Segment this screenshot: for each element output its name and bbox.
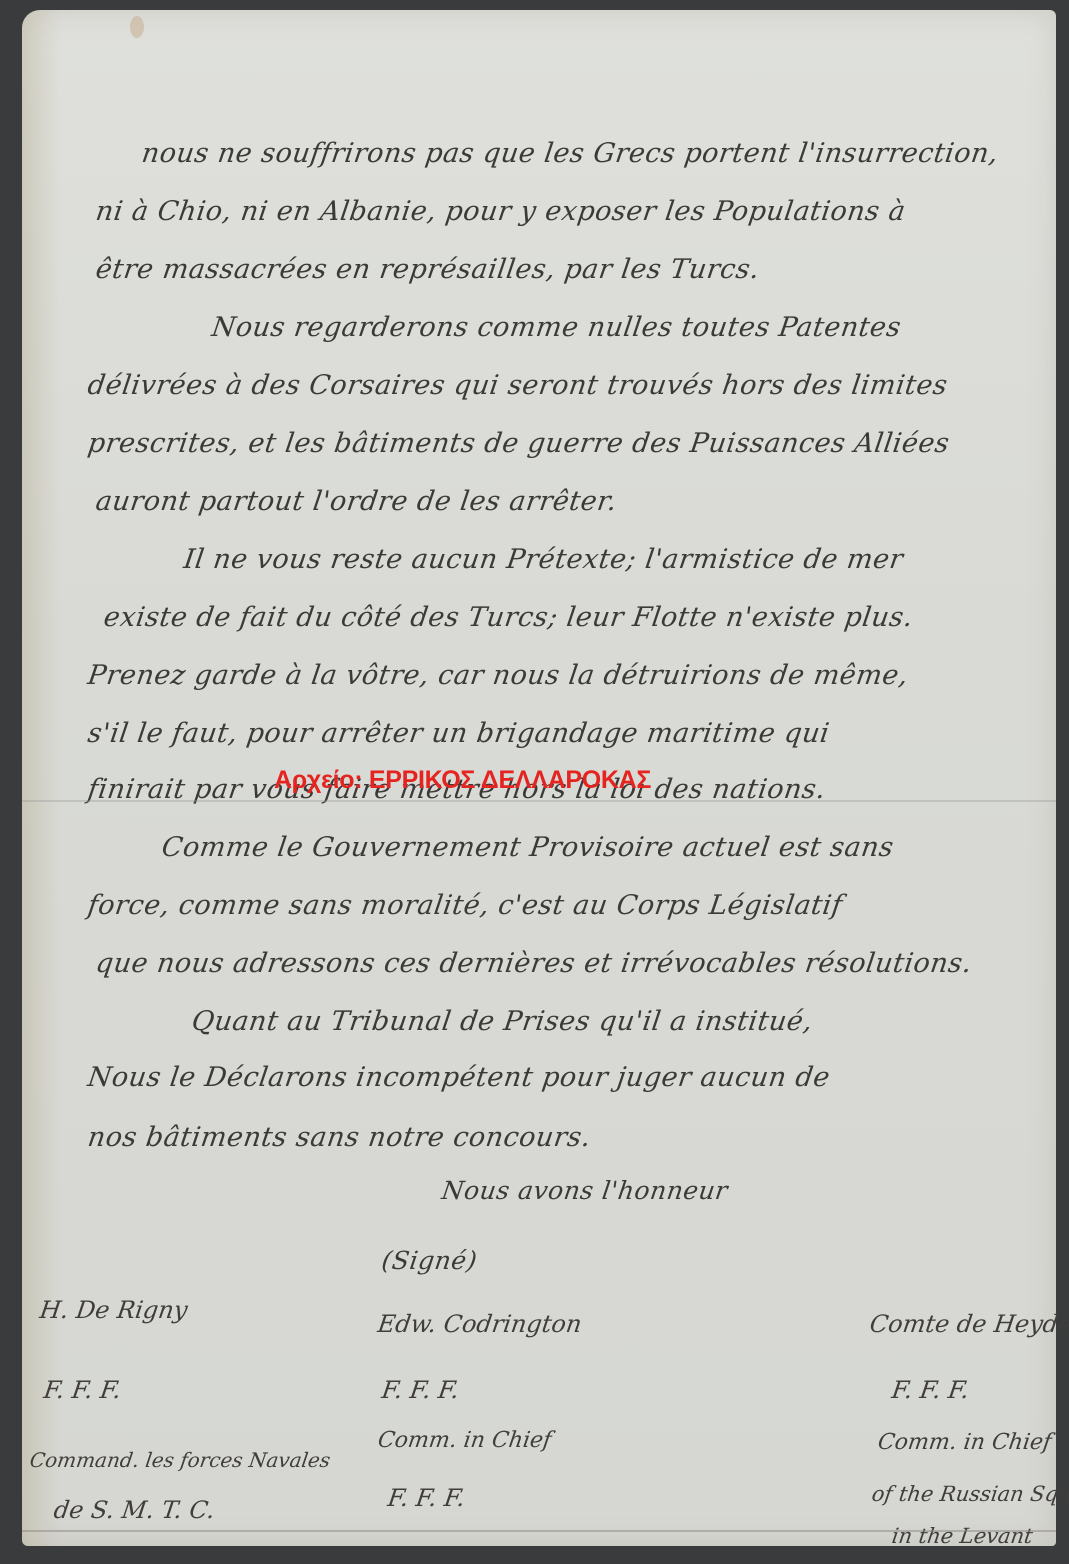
- signature-title: Comm. in Chief: [876, 1430, 1053, 1455]
- signature-title: of the Russian Squadron: [870, 1482, 1069, 1506]
- paper-stain: [130, 16, 144, 38]
- body-line: force, comme sans moralité, c'est au Cor…: [86, 890, 845, 921]
- body-line: Il ne vous reste aucun Prétexte; l'armis…: [182, 544, 905, 575]
- signature-title: Comm. in Chief: [376, 1428, 553, 1453]
- signature-title: F. F. F.: [386, 1484, 467, 1512]
- body-line: existe de fait du côté des Turcs; leur F…: [102, 602, 915, 633]
- signature-initials: F. F. F.: [890, 1376, 971, 1404]
- signature-initials: F. F. F.: [42, 1376, 123, 1404]
- signed-label: (Signé): [380, 1246, 479, 1275]
- body-line: que nous adressons ces dernières et irré…: [94, 948, 974, 979]
- signature-title: in the Levant: [890, 1524, 1034, 1548]
- body-line: Quant au Tribunal de Prises qu'il a inst…: [190, 1006, 815, 1037]
- body-line: nos bâtiments sans notre concours.: [86, 1122, 593, 1153]
- body-line: Nous le Déclarons incompétent pour juger…: [86, 1062, 832, 1093]
- body-line: Comme le Gouvernement Provisoire actuel …: [160, 832, 896, 863]
- archive-watermark: Αρχείο: ΕΡΡΙΚΟΣ ΔΕΛΛΑΡΟΚΑΣ: [274, 766, 651, 795]
- closing-line: Nous avons l'honneur: [440, 1176, 730, 1205]
- paper-fold-line: [22, 1530, 1056, 1532]
- body-line: être massacrées en représailles, par les…: [94, 254, 762, 285]
- body-line: Prenez garde à la vôtre, car nous la dét…: [86, 660, 910, 691]
- signature-title: de S. M. T. C.: [52, 1496, 217, 1524]
- signature-name: Comte de Heyden: [868, 1310, 1069, 1338]
- body-line: s'il le faut, pour arrêter un brigandage…: [86, 718, 832, 749]
- body-line: auront partout l'ordre de les arrêter.: [94, 486, 619, 517]
- signature-name: H. De Rigny: [38, 1296, 189, 1324]
- body-line: nous ne souffrirons pas que les Grecs po…: [140, 138, 1000, 169]
- body-line: Nous regarderons comme nulles toutes Pat…: [210, 312, 903, 343]
- body-line: prescrites, et les bâtiments de guerre d…: [86, 428, 952, 459]
- signature-initials: F. F. F.: [380, 1376, 461, 1404]
- signature-name: Edw. Codrington: [376, 1310, 583, 1338]
- body-line: ni à Chio, ni en Albanie, pour y exposer…: [94, 196, 908, 227]
- signature-title: Command. les forces Navales: [28, 1448, 332, 1472]
- body-line: délivrées à des Corsaires qui seront tro…: [86, 370, 950, 401]
